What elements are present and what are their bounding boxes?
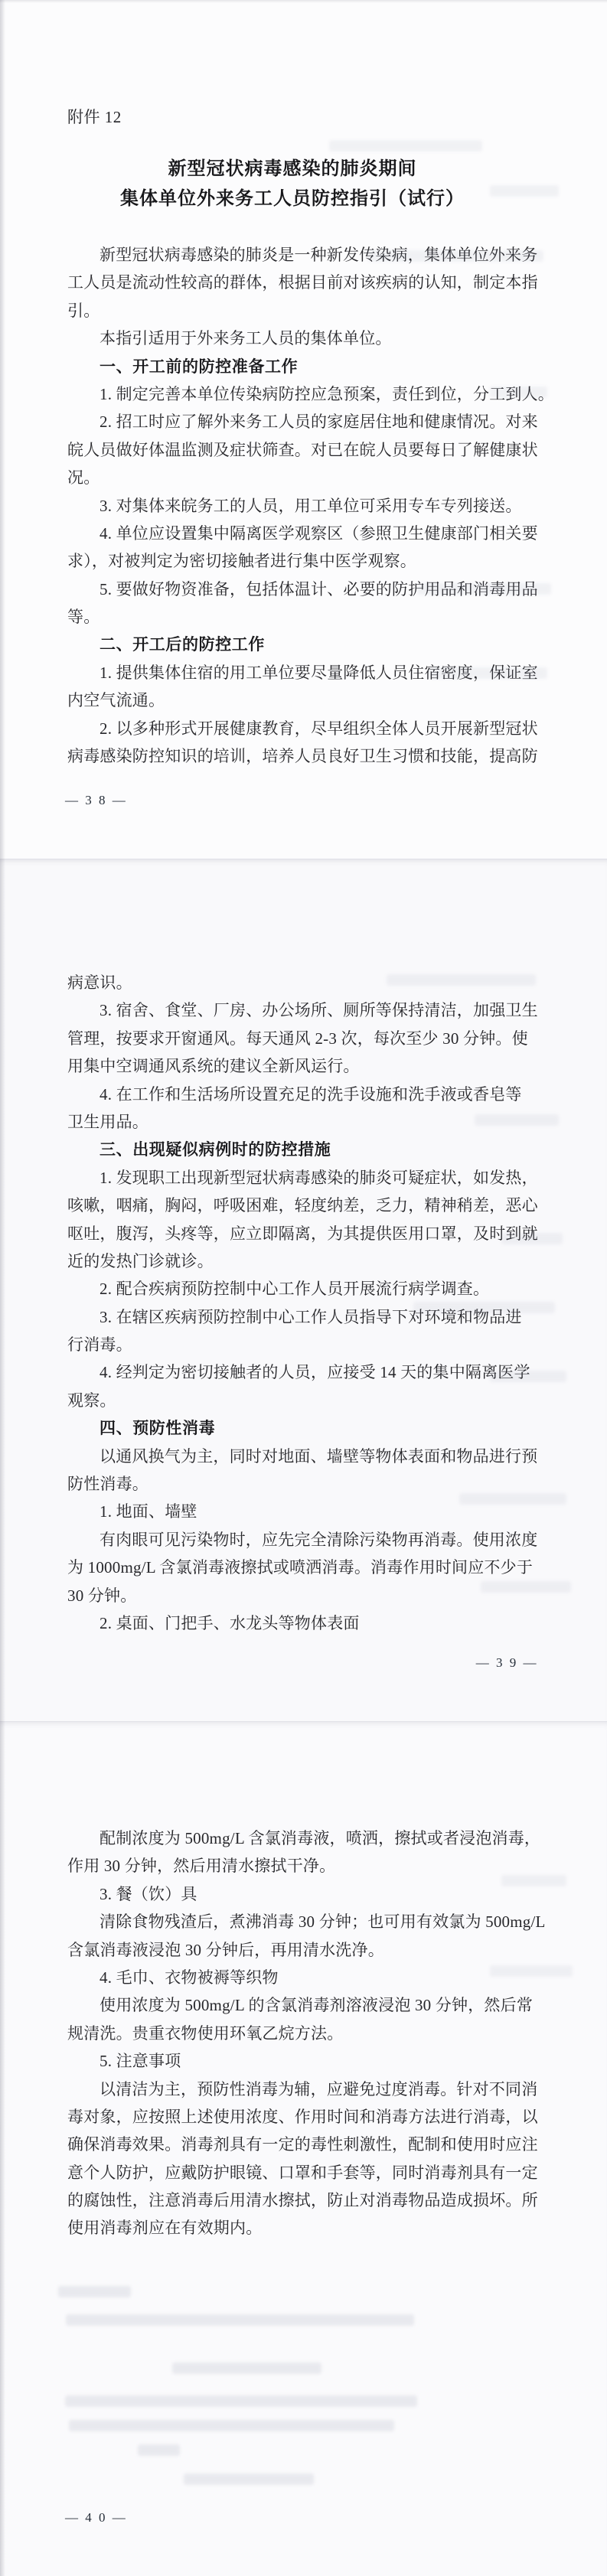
- page-3-body: 配制浓度为 500mg/L 含氯消毒液，喷洒，擦拭或者浸泡消毒，作用 30 分钟…: [67, 1824, 542, 2242]
- text-line: 病毒感染防控知识的培训，培养人员良好卫生习惯和技能，提高防: [67, 742, 542, 770]
- text-line: 2. 桌面、门把手、水龙头等物体表面: [67, 1609, 542, 1637]
- text-line: 为 1000mg/L 含氯消毒液擦拭或喷洒消毒。消毒作用时间应不少于: [67, 1554, 542, 1581]
- document-title: 新型冠状病毒感染的肺炎期间 集体单位外来务工人员防控指引（试行）: [55, 155, 530, 214]
- bleed-through-artifact: [184, 2473, 314, 2485]
- page-2: 病意识。3. 宿舍、食堂、厂房、办公场所、厕所等保持清洁，加强卫生管理，按要求开…: [0, 859, 607, 1721]
- text-line: 内空气流通。: [67, 686, 542, 714]
- text-line: 3. 在辖区疾病预防控制中心工作人员指导下对环境和物品进: [67, 1303, 542, 1331]
- text-line: 用集中空调通风系统的建议全新风运行。: [67, 1052, 542, 1080]
- text-line: 有肉眼可见污染物时，应先完全清除污染物再消毒。使用浓度: [67, 1526, 542, 1554]
- text-line: 一、开工前的防控准备工作: [67, 353, 542, 380]
- text-line: 规清洗。贵重衣物使用环氧乙烷方法。: [67, 2020, 542, 2047]
- page-number: — 3 9 —: [476, 1655, 538, 1671]
- text-line: 近的发热门诊就诊。: [67, 1247, 542, 1275]
- text-line: 引。: [67, 297, 542, 324]
- page-number: — 3 8 —: [65, 793, 127, 808]
- text-line: 3. 对集体来皖务工的人员，用工单位可采用专车专列接送。: [67, 492, 542, 520]
- text-line: 呕吐，腹泻，头疼等，应立即隔离，为其提供医用口罩，及时到就: [67, 1220, 542, 1247]
- text-line: 本指引适用于外来务工人员的集体单位。: [67, 324, 542, 352]
- text-line: 使用浓度为 500mg/L 的含氯消毒剂溶液浸泡 30 分钟，然后常: [67, 1991, 542, 2019]
- bleed-through-artifact: [69, 2420, 394, 2431]
- text-line: 4. 单位应设置集中隔离医学观察区（参照卫生健康部门相关要: [67, 520, 542, 547]
- text-line: 以清洁为主，预防性消毒为辅，应避免过度消毒。针对不同消: [67, 2075, 542, 2103]
- text-line: 含氯消毒液浸泡 30 分钟后，再用清水洗净。: [67, 1936, 542, 1964]
- text-line: 三、出现疑似病例时的防控措施: [67, 1136, 542, 1163]
- text-line: 四、预防性消毒: [67, 1414, 542, 1442]
- text-line: 况。: [67, 464, 542, 491]
- page-1: 附件 12 新型冠状病毒感染的肺炎期间 集体单位外来务工人员防控指引（试行） 新…: [0, 0, 607, 859]
- text-line: 1. 提供集体住宿的用工单位要尽量降低人员住宿密度，保证室: [67, 659, 542, 686]
- page-2-body: 病意识。3. 宿舍、食堂、厂房、办公场所、厕所等保持清洁，加强卫生管理，按要求开…: [67, 969, 542, 1637]
- document-title-line-2: 集体单位外来务工人员防控指引（试行）: [55, 184, 530, 214]
- page-1-body: 新型冠状病毒感染的肺炎是一种新发传染病，集体单位外来务工人员是流动性较高的群体，…: [67, 241, 542, 770]
- bleed-through-artifact: [172, 2362, 321, 2374]
- text-line: 1. 发现职工出现新型冠状病毒感染的肺炎可疑症状，如发热，: [67, 1164, 542, 1192]
- bleed-through-artifact: [65, 2395, 417, 2407]
- text-line: 病意识。: [67, 969, 542, 996]
- text-line: 二、开工后的防控工作: [67, 631, 542, 658]
- text-line: 2. 招工时应了解外来务工人员的家庭居住地和健康情况。对来: [67, 408, 542, 435]
- text-line: 30 分钟。: [67, 1582, 542, 1609]
- text-line: 3. 餐（饮）具: [67, 1880, 542, 1908]
- bleed-through-artifact: [138, 2444, 180, 2456]
- text-line: 4. 在工作和生活场所设置充足的洗手设施和洗手液或香皂等: [67, 1081, 542, 1108]
- text-line: 1. 制定完善本单位传染病防控应急预案，责任到位，分工到人。: [67, 380, 542, 408]
- text-line: 配制浓度为 500mg/L 含氯消毒液，喷洒，擦拭或者浸泡消毒，: [67, 1824, 542, 1852]
- document-title-line-1: 新型冠状病毒感染的肺炎期间: [55, 155, 530, 184]
- text-line: 确保消毒效果。消毒剂具有一定的毒性刺激性，配制和使用时应注: [67, 2131, 542, 2158]
- bleed-through-artifact: [58, 2286, 131, 2297]
- text-line: 作用 30 分钟，然后用清水擦拭干净。: [67, 1852, 542, 1880]
- text-line: 观察。: [67, 1387, 542, 1414]
- text-line: 以通风换气为主，同时对地面、墙壁等物体表面和物品进行预: [67, 1443, 542, 1470]
- text-line: 4. 毛巾、衣物被褥等织物: [67, 1964, 542, 1991]
- text-line: 工人员是流动性较高的群体，根据目前对该疾病的认知，制定本指: [67, 269, 542, 296]
- text-line: 求），对被判定为密切接触者进行集中医学观察。: [67, 547, 542, 575]
- text-line: 防性消毒。: [67, 1470, 542, 1498]
- text-line: 卫生用品。: [67, 1108, 542, 1136]
- text-line: 3. 宿舍、食堂、厂房、办公场所、厕所等保持清洁，加强卫生: [67, 996, 542, 1024]
- text-line: 使用消毒剂应在有效期内。: [67, 2214, 542, 2242]
- text-line: 咳嗽，咽痛，胸闷，呼吸困难，轻度纳差，乏力，精神稍差，恶心: [67, 1192, 542, 1219]
- text-line: 意个人防护，应戴防护眼镜、口罩和手套等，同时消毒剂具有一定: [67, 2159, 542, 2186]
- text-line: 1. 地面、墙壁: [67, 1498, 542, 1525]
- text-line: 清除食物残渣后，煮沸消毒 30 分钟；也可用有效氯为 500mg/L: [67, 1908, 542, 1935]
- text-line: 4. 经判定为密切接触者的人员，应接受 14 天的集中隔离医学: [67, 1358, 542, 1386]
- bleed-through-artifact: [329, 140, 482, 152]
- text-line: 行消毒。: [67, 1331, 542, 1358]
- text-line: 的腐蚀性，注意消毒后用清水擦拭，防止对消毒物品造成损坏。所: [67, 2186, 542, 2214]
- text-line: 新型冠状病毒感染的肺炎是一种新发传染病，集体单位外来务: [67, 241, 542, 269]
- text-line: 毒对象，应按照上述使用浓度、作用时间和消毒方法进行消毒，以: [67, 2103, 542, 2131]
- text-line: 5. 注意事项: [67, 2047, 542, 2075]
- text-line: 5. 要做好物资准备，包括体温计、必要的防护用品和消毒用品: [67, 576, 542, 603]
- bleed-through-artifact: [66, 2314, 414, 2326]
- text-line: 皖人员做好体温监测及症状筛查。对已在皖人员要每日了解健康状: [67, 436, 542, 464]
- text-line: 2. 以多种形式开展健康教育，尽早组织全体人员开展新型冠状: [67, 715, 542, 742]
- page-number: — 4 0 —: [65, 2510, 127, 2525]
- text-line: 2. 配合疾病预防控制中心工作人员开展流行病学调查。: [67, 1275, 542, 1303]
- page-3: 配制浓度为 500mg/L 含氯消毒液，喷洒，擦拭或者浸泡消毒，作用 30 分钟…: [0, 1721, 607, 2576]
- text-line: 管理，按要求开窗通风。每天通风 2-3 次，每次至少 30 分钟。使: [67, 1025, 542, 1052]
- scanned-document: 附件 12 新型冠状病毒感染的肺炎期间 集体单位外来务工人员防控指引（试行） 新…: [0, 0, 607, 2576]
- text-line: 等。: [67, 603, 542, 631]
- attachment-label: 附件 12: [67, 106, 122, 129]
